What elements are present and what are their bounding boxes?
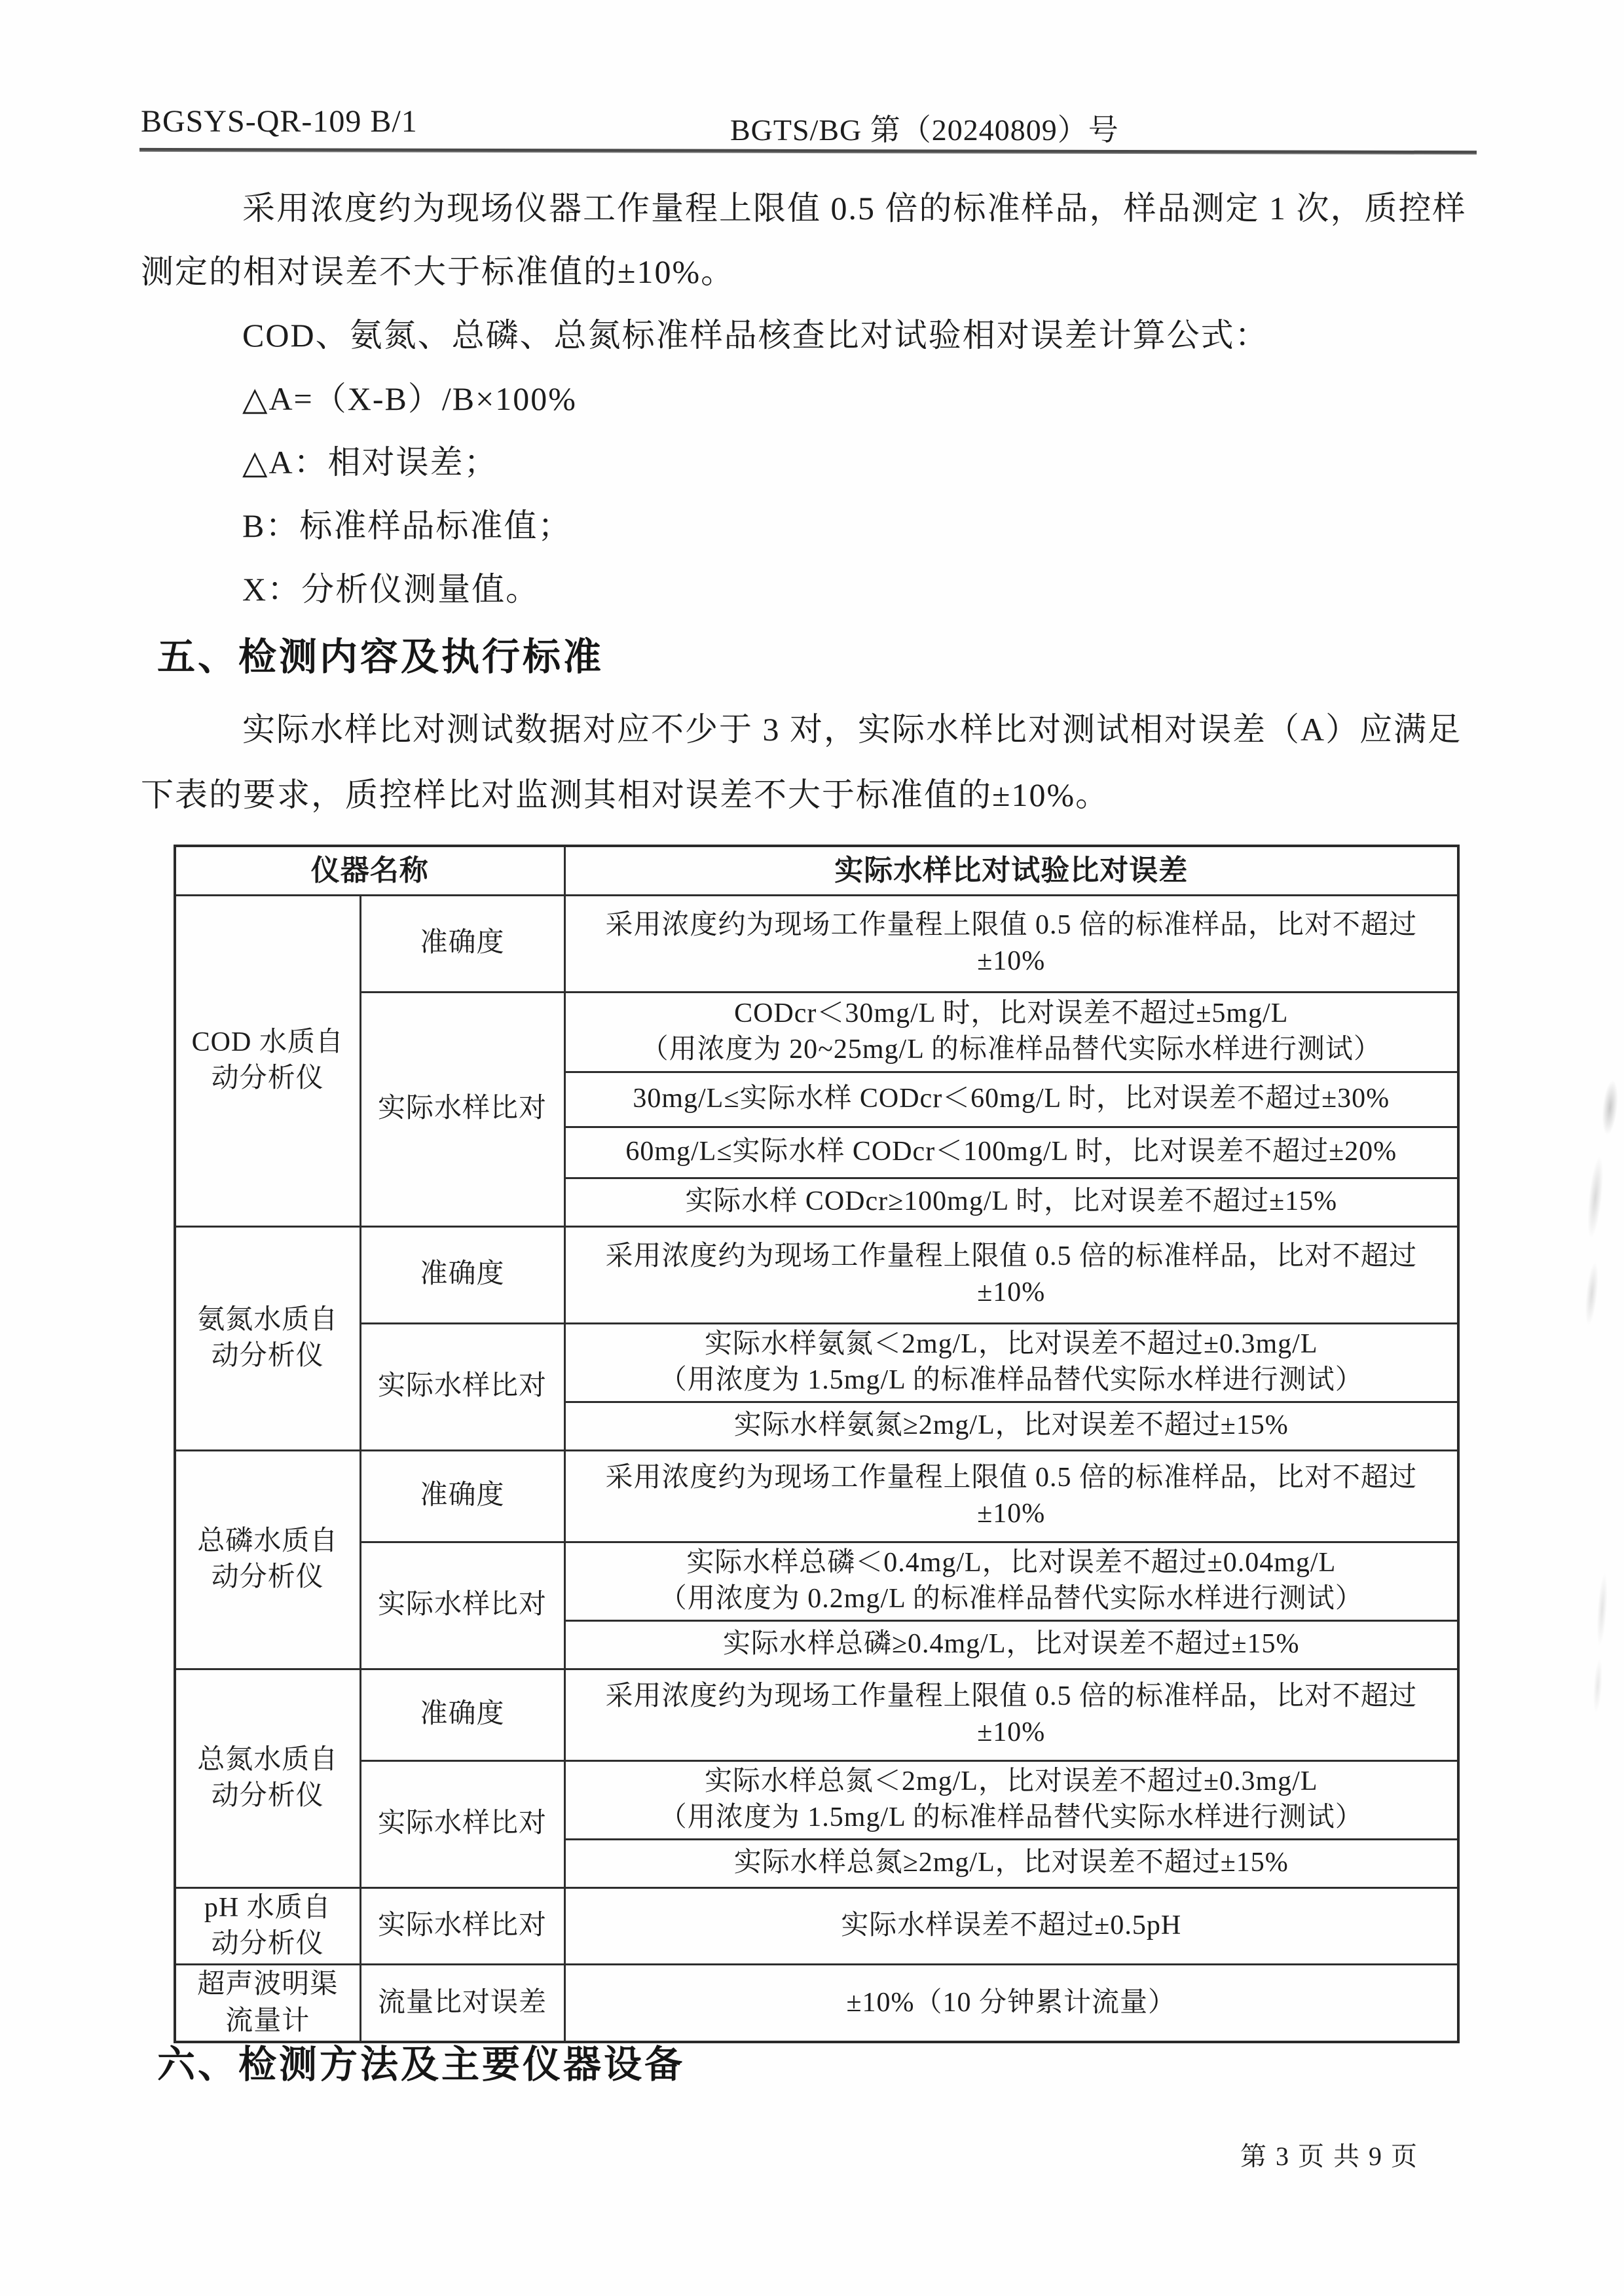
paragraph1-line2: 测定的相对误差不大于标准值的±10%。	[141, 237, 1486, 301]
paragraph2-line2: 下表的要求，质控样比对监测其相对误差不大于标准值的±10%。	[141, 759, 1486, 825]
qc-comparison-table: 仪器名称 实际水样比对试验比对误差 COD 水质自 动分析仪 准确度 采用浓度约…	[174, 845, 1460, 2043]
section6-heading: 六、检测方法及主要仪器设备	[157, 2037, 685, 2085]
nh3n-real-row1: 实际水样氨氮＜2mg/L，比对误差不超过±0.3mg/L （用浓度为 1.5mg…	[564, 1323, 1458, 1402]
label-accuracy: 准确度	[360, 1669, 564, 1760]
label-accuracy: 准确度	[360, 1450, 564, 1542]
label-real-sample: 实际水样比对	[360, 1887, 564, 1965]
table-row: 总氮水质自 动分析仪 准确度 采用浓度约为现场工作量程上限值 0.5 倍的标准样…	[175, 1669, 1458, 1760]
instrument-ph: pH 水质自 动分析仪	[175, 1887, 360, 1965]
label-real-sample: 实际水样比对	[360, 1760, 564, 1887]
scan-artifact	[1569, 1073, 1624, 1349]
instrument-flowmeter: 超声波明渠 流量计	[175, 1965, 360, 2042]
label-accuracy: 准确度	[360, 1226, 564, 1323]
table-header-row: 仪器名称 实际水样比对试验比对误差	[175, 846, 1458, 895]
doc-code: BGSYS-QR-109 B/1	[141, 103, 418, 139]
table-row: 氨氮水质自 动分析仪 准确度 采用浓度约为现场工作量程上限值 0.5 倍的标准样…	[175, 1226, 1458, 1323]
paragraph2-line1: 实际水样比对测试数据对应不少于 3 对，实际水样比对测试相对误差（A）应满足	[141, 694, 1486, 759]
cod-real-row3: 60mg/L≤实际水样 CODcr＜100mg/L 时，比对误差不超过±20%	[564, 1127, 1458, 1178]
body-text: 采用浓度约为现场仪器工作量程上限值 0.5 倍的标准样品，样品测定 1 次，质控…	[141, 173, 1486, 618]
table-row: 实际水样比对 实际水样总磷＜0.4mg/L，比对误差不超过±0.04mg/L （…	[175, 1542, 1458, 1620]
cod-real-row2: 30mg/L≤实际水样 CODcr＜60mg/L 时，比对误差不超过±30%	[564, 1072, 1458, 1127]
ph-requirement: 实际水样误差不超过±0.5pH	[564, 1887, 1458, 1965]
col-header-error: 实际水样比对试验比对误差	[564, 846, 1458, 895]
tn-real-row1: 实际水样总氮＜2mg/L，比对误差不超过±0.3mg/L （用浓度为 1.5mg…	[564, 1760, 1458, 1839]
tn-accuracy-requirement: 采用浓度约为现场工作量程上限值 0.5 倍的标准样品，比对不超过 ±10%	[564, 1669, 1458, 1760]
nh3n-accuracy-requirement: 采用浓度约为现场工作量程上限值 0.5 倍的标准样品，比对不超过 ±10%	[564, 1226, 1458, 1323]
formula-intro: COD、氨氮、总磷、总氮标准样品核查比对试验相对误差计算公式：	[141, 301, 1486, 364]
label-real-sample: 实际水样比对	[360, 1542, 564, 1669]
instrument-tn: 总氮水质自 动分析仪	[175, 1669, 360, 1887]
table-row: 实际水样比对 实际水样总氮＜2mg/L，比对误差不超过±0.3mg/L （用浓度…	[175, 1760, 1458, 1839]
nh3n-real-row2: 实际水样氨氮≥2mg/L，比对误差不超过±15%	[564, 1402, 1458, 1450]
label-accuracy: 准确度	[360, 895, 564, 992]
formula: △A=（X-B）/B×100%	[141, 364, 1486, 428]
tp-accuracy-requirement: 采用浓度约为现场工作量程上限值 0.5 倍的标准样品，比对不超过 ±10%	[564, 1450, 1458, 1542]
report-number: BGTS/BG 第（20240809）号	[730, 106, 1119, 149]
cod-real-row4: 实际水样 CODcr≥100mg/L 时，比对误差不超过±15%	[564, 1178, 1458, 1226]
label-real-sample: 实际水样比对	[360, 1323, 564, 1450]
instrument-cod: COD 水质自 动分析仪	[175, 895, 360, 1226]
tp-real-row2: 实际水样总磷≥0.4mg/L，比对误差不超过±15%	[564, 1620, 1458, 1669]
table-row: 实际水样比对 实际水样氨氮＜2mg/L，比对误差不超过±0.3mg/L （用浓度…	[175, 1323, 1458, 1402]
table-row: pH 水质自 动分析仪 实际水样比对 实际水样误差不超过±0.5pH	[175, 1887, 1458, 1965]
section5-heading: 五、检测内容及执行标准	[157, 619, 604, 687]
table-row: COD 水质自 动分析仪 准确度 采用浓度约为现场工作量程上限值 0.5 倍的标…	[175, 895, 1458, 992]
page-indicator: 第 3 页 共 9 页	[1231, 2136, 1428, 2173]
tp-real-row1: 实际水样总磷＜0.4mg/L，比对误差不超过±0.04mg/L （用浓度为 0.…	[564, 1542, 1458, 1620]
tn-real-row2: 实际水样总氮≥2mg/L，比对误差不超过±15%	[564, 1839, 1458, 1887]
paragraph1-line1: 采用浓度约为现场仪器工作量程上限值 0.5 倍的标准样品，样品测定 1 次，质控…	[141, 173, 1486, 237]
definition-delta-a: △A：相对误差；	[141, 428, 1486, 491]
definition-x: X：分析仪测量值。	[141, 555, 1486, 618]
definition-b: B：标准样品标准值；	[141, 491, 1486, 555]
document-page: BGSYS-QR-109 B/1 BGTS/BG 第（20240809）号 采用…	[0, 0, 1624, 2296]
flow-requirement: ±10%（10 分钟累计流量）	[564, 1965, 1458, 2042]
scan-artifact	[1584, 1558, 1615, 1728]
instrument-tp: 总磷水质自 动分析仪	[175, 1450, 360, 1669]
label-real-sample: 实际水样比对	[360, 992, 564, 1226]
table-row: 实际水样比对 CODcr＜30mg/L 时，比对误差不超过±5mg/L （用浓度…	[175, 992, 1458, 1072]
cod-real-row1: CODcr＜30mg/L 时，比对误差不超过±5mg/L （用浓度为 20~25…	[564, 992, 1458, 1072]
header-rule	[139, 148, 1477, 155]
instrument-nh3n: 氨氮水质自 动分析仪	[175, 1226, 360, 1450]
col-header-instrument: 仪器名称	[175, 846, 564, 895]
table-row: 超声波明渠 流量计 流量比对误差 ±10%（10 分钟累计流量）	[175, 1965, 1458, 2042]
table-row: 总磷水质自 动分析仪 准确度 采用浓度约为现场工作量程上限值 0.5 倍的标准样…	[175, 1450, 1458, 1542]
cod-accuracy-requirement: 采用浓度约为现场工作量程上限值 0.5 倍的标准样品，比对不超过 ±10%	[564, 895, 1458, 992]
label-flow-error: 流量比对误差	[360, 1965, 564, 2042]
table-intro-paragraph: 实际水样比对测试数据对应不少于 3 对，实际水样比对测试相对误差（A）应满足 下…	[141, 694, 1486, 825]
